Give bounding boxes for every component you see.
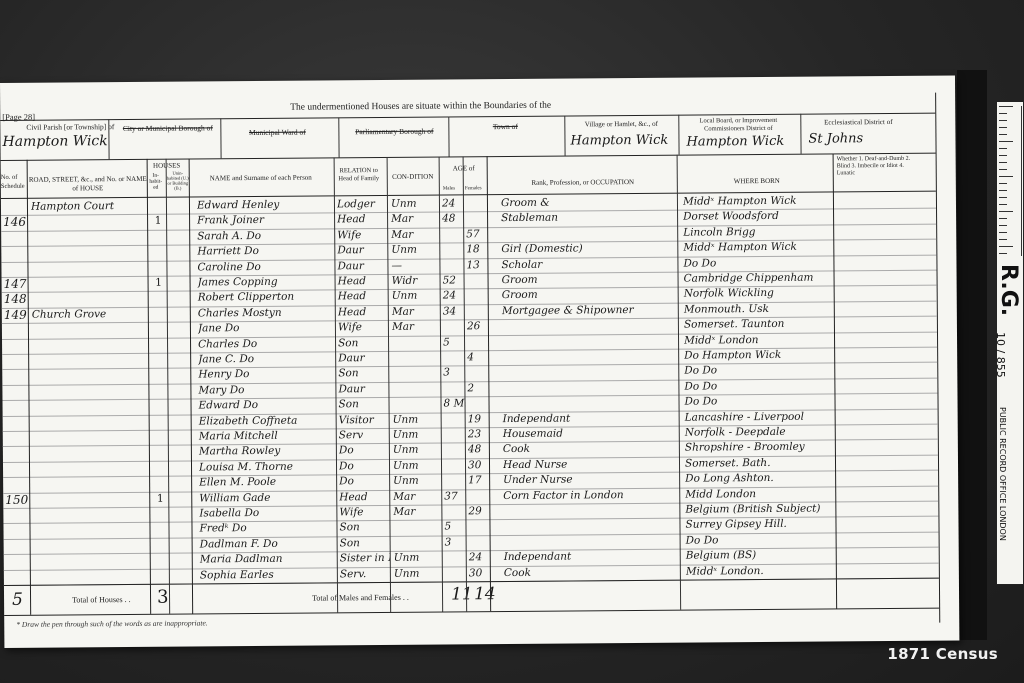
cell-born: Belgium (British Subject) [685,501,837,518]
cell-born: Do Do [684,378,836,395]
cell-road [33,445,148,461]
cell-schedule [5,508,29,524]
col-relation: RELATION to Head of Family [334,167,384,183]
cell-occupation: Independant [504,549,682,566]
col-age-males: Males [443,186,455,191]
cell-age-m [444,458,466,474]
cell-age-f [468,489,490,505]
cell-occupation: Under Nurse [503,472,681,489]
cell-occupation: Housemaid [503,426,681,443]
total-males: 11 [451,584,473,604]
cell-occupation [502,364,680,381]
col-where-born: WHERE BORN [679,176,835,185]
cell-road [33,491,148,507]
caption: 1871 Census [887,645,998,663]
cell-age-f: 18 [466,242,488,258]
cell-occupation [502,379,680,396]
cell-inhabited [153,522,167,538]
cell-schedule: 150 [5,492,29,508]
village-value: Hampton Wick [570,133,668,149]
ruler [999,106,1022,256]
cell-age-m: 34 [443,304,465,320]
cell-age-f: 17 [468,473,490,489]
cell-occupation: Groom [502,272,680,289]
cell-inhabited [151,245,165,261]
card-piece: 10 / 855 [994,332,1007,378]
cell-age-m: 37 [444,489,466,505]
cell-relation: Head [337,212,387,228]
cell-schedule: 147 [4,277,28,293]
cell-name: James Copping [198,274,336,290]
cell-age-m: 3 [445,535,467,551]
col-inhabited: In-habit-ed [147,173,165,191]
cell-schedule [4,400,28,416]
cell-born: Dorset Woodsford [683,209,835,226]
cell-road: Church Grove [32,307,147,323]
boundaries-heading: The undermentioned Houses are situate wi… [290,101,551,113]
cell-age-m: 52 [443,273,465,289]
cell-condition: Unm [394,566,440,582]
cell-relation: Visitor [339,413,389,429]
cell-name: Martha Rowley [199,444,337,460]
cell-born: Middˣ London. [686,563,838,580]
cell-road [32,368,147,384]
cell-schedule: 149 [4,308,28,324]
total-females: 14 [474,584,496,604]
cell-road: Hampton Court [31,199,146,215]
cell-inhabited: 1 [151,214,165,230]
total-schedules: 5 [12,590,23,610]
cell-relation: Do [339,443,389,459]
cell-road [31,230,146,246]
local-board-label: Local Board, or Improvement Commissioner… [680,117,796,134]
cell-condition: Mar [391,227,437,243]
cell-inhabited [151,230,165,246]
cell-age-m [444,504,466,520]
col-road: ROAD, STREET, &c., and No. or NAME of HO… [28,175,148,194]
cell-name: Harriett Do [197,244,335,260]
cell-born: Monmouth. Usk [684,301,836,318]
cell-condition: Unm [393,443,439,459]
cell-occupation [502,395,680,412]
cell-road [34,538,149,554]
cell-born: Do Hampton Wick [684,347,836,364]
cell-name: Isabella Do [199,505,337,521]
cell-relation: Daur [337,259,387,275]
cell-condition: Unm [394,551,440,567]
cell-relation: Son [339,520,389,536]
total-houses-label: Total of Houses . . [72,595,131,604]
cell-age-m: 8 Mo [443,397,465,413]
cell-inhabited [153,460,167,476]
cell-name: Edward Do [198,398,336,414]
cell-inhabited [154,553,168,569]
cell-schedule [5,415,29,431]
cell-age-m [444,427,466,443]
cell-relation: Head [338,305,388,321]
cell-born: Middˣ Hampton Wick [683,240,835,257]
cell-age-m: 3 [443,366,465,382]
cell-born: Somerset. Bath. [685,455,837,472]
page-shadow [957,70,987,640]
cell-age-f [467,304,489,320]
cell-name: Louisa M. Thorne [199,459,337,475]
census-sheet: [Page 28] The undermentioned Houses are … [0,75,959,647]
cell-name: Charles Mostyn [198,305,336,321]
cell-born: Norfolk Wickling [684,286,836,303]
cell-occupation [503,518,681,535]
cell-born: Do Long Ashton. [685,471,837,488]
local-board-value: Hampton Wick [686,134,784,150]
cell-relation: Serv. [340,567,390,583]
col-occupation: Rank, Profession, or OCCUPATION [489,178,677,187]
cell-age-m: 24 [442,196,464,212]
cell-born: Norfolk - Deepdale [685,424,837,441]
cell-name: Edward Henley [197,197,335,213]
cell-name: Sophia Earles [200,567,338,583]
cell-inhabited [152,307,166,323]
borough-label: City or Municipal Borough of [110,124,225,133]
cell-inhabited [151,199,165,215]
cell-age-m [444,443,466,459]
total-houses-value: 3 [157,587,169,608]
cell-born: Middˣ London [684,332,836,349]
cell-born: Somerset. Taunton [684,317,836,334]
cell-age-m [445,566,467,582]
cell-relation: Head [338,274,388,290]
cell-inhabited [153,507,167,523]
cell-born: Belgium (BS) [686,548,838,565]
cell-schedule [3,200,27,216]
cell-born: Lincoln Brigg [683,224,835,241]
cell-age-f [467,335,489,351]
cell-relation: Wife [339,505,389,521]
cell-road [31,260,146,276]
cell-age-f: 23 [468,427,490,443]
cell-occupation [503,503,681,520]
cell-occupation: Stableman [501,210,679,227]
cell-age-f [466,196,488,212]
cell-schedule: 146 [3,215,27,231]
cell-relation: Do [339,474,389,490]
cell-road [32,291,147,307]
cell-road [34,568,149,584]
card-office: PUBLIC RECORD OFFICE LONDON [998,407,1007,541]
cell-born: Do Do [684,394,836,411]
cell-name: Maria Dadlman [200,552,338,568]
ecclesiastical-value: St Johns [808,131,863,146]
cell-condition: Unm [393,428,439,444]
cell-name: Mary Do [198,382,336,398]
cell-name: William Gade [199,490,337,506]
cell-born: Do Do [684,363,836,380]
cell-born: Do Do [686,532,838,549]
cell-condition: Mar [392,320,438,336]
cell-inhabited [154,537,168,553]
cell-occupation: Cook [503,441,681,458]
cell-age-f [467,366,489,382]
col-condition: CON-DITION [389,173,437,182]
cell-relation: Head [339,490,389,506]
cell-relation: Son [338,397,388,413]
cell-inhabited [152,353,166,369]
cell-schedule [4,323,28,339]
cell-inhabited [153,430,167,446]
cell-relation: Head [338,289,388,305]
cell-name: Fredᵏ Do [199,521,337,537]
cell-inhabited [153,445,167,461]
cell-inhabited [154,568,168,584]
cell-age-m [444,474,466,490]
cell-road [33,430,148,446]
cell-born: Surrey Gipsey Hill. [685,517,837,534]
cell-name: Ellen M. Poole [199,475,337,491]
cell-age-f: 30 [469,566,491,582]
cell-schedule [5,462,29,478]
cell-relation: Do [339,459,389,475]
cell-name: Charles Do [198,336,336,352]
cell-relation: Daur [338,351,388,367]
cell-inhabited [152,368,166,384]
cell-occupation [502,318,680,335]
census-rows: Hampton CourtEdward HenleyLodgerUnm24Gro… [0,93,935,100]
cell-name: Frank Joiner [197,213,335,229]
footnote: * Draw the pen through such of the words… [16,618,207,629]
cell-schedule [3,261,27,277]
col-age-females: Females [465,186,482,191]
cell-age-f: 2 [467,381,489,397]
cell-born: Midd London [685,486,837,503]
cell-relation: Daur [337,243,387,259]
cell-age-f: 24 [469,550,491,566]
cell-condition: Unm [391,197,437,213]
ecclesiastical-label: Ecclesiastical District of [802,118,914,127]
cell-name: Elizabeth Coffneta [199,413,337,429]
cell-age-m [442,258,464,274]
cell-condition [392,381,438,397]
cell-relation: Son [338,366,388,382]
cell-road [31,245,146,261]
census-form: [Page 28] The undermentioned Houses are … [0,93,940,630]
cell-condition: — [391,258,437,274]
cell-relation: Serv [339,428,389,444]
cell-inhabited [152,322,166,338]
cell-occupation [501,225,679,242]
cell-age-f [469,535,491,551]
cell-born: Cambridge Chippenham [684,270,836,287]
cell-age-f: 29 [468,504,490,520]
cell-road [33,507,148,523]
cell-name: Sarah A. Do [197,228,335,244]
cell-occupation: Corn Factor in London [503,487,681,504]
cell-age-f: 4 [467,350,489,366]
cell-schedule [6,569,30,585]
cell-relation: Sister in Law [340,551,390,567]
cell-occupation [502,349,680,366]
cell-name: Caroline Do [197,259,335,275]
cell-age-f [467,396,489,412]
cell-road [32,276,147,292]
cell-schedule [4,354,28,370]
cell-schedule [4,338,28,354]
cell-occupation: Head Nurse [503,456,681,473]
cell-condition: Unm [393,412,439,428]
cell-name: Dadlman F. Do [200,536,338,552]
cell-road [31,214,146,230]
cell-schedule [4,369,28,385]
cell-schedule [5,446,29,462]
cell-occupation: Cook [504,564,682,581]
cell-road [34,553,149,569]
cell-age-f: 48 [468,443,490,459]
cell-age-m [442,243,464,259]
cell-age-f: 57 [466,227,488,243]
cell-schedule [3,231,27,247]
cell-age-m [443,350,465,366]
cell-born: Do Do [683,255,835,272]
cell-age-m [445,551,467,567]
cell-road [33,476,148,492]
cell-condition [392,366,438,382]
cell-inhabited [152,399,166,415]
cell-born: Shropshire - Broomley [685,440,837,457]
cell-inhabited [151,260,165,276]
cell-road [33,522,148,538]
cell-age-m: 5 [444,520,466,536]
cell-name: Robert Clipperton [198,290,336,306]
cell-occupation [502,333,680,350]
card-rg-label: R.G. [996,264,1021,316]
col-schedule: No. of Schedule [1,173,25,191]
cell-schedule [4,385,28,401]
cell-road [32,399,147,415]
cell-age-m [444,412,466,428]
cell-condition: Mar [393,489,439,505]
col-infirmity: Whether 1. Deaf-and-Dumb 2. Blind 3. Imb… [837,156,917,178]
cell-name: Jane Do [198,321,336,337]
cell-inhabited: 1 [152,276,166,292]
cell-name: Henry Do [198,367,336,383]
cell-road [32,322,147,338]
cell-condition [392,335,438,351]
cell-inhabited [152,291,166,307]
cell-age-f: 26 [467,319,489,335]
cell-condition: Unm [393,458,439,474]
cell-schedule [6,554,30,570]
cell-schedule [5,477,29,493]
cell-occupation: Groom & [501,195,679,212]
cell-occupation: Independant [503,410,681,427]
cell-inhabited [153,414,167,430]
cell-condition [393,520,439,536]
cell-road [32,337,147,353]
cell-occupation: Mortgagee & Shipowner [502,302,680,319]
cell-age-m [443,381,465,397]
cell-schedule [6,539,30,555]
cell-age-f [467,289,489,305]
cell-name: Jane C. Do [198,351,336,367]
cell-inhabited: 1 [153,491,167,507]
cell-occupation [504,533,682,550]
cell-schedule: 148 [4,292,28,308]
cell-age-m: 48 [442,212,464,228]
cell-condition [392,351,438,367]
cell-age-m: 5 [443,335,465,351]
cell-road [32,353,147,369]
cell-condition [394,535,440,551]
cell-relation: Lodger [337,197,387,213]
cell-schedule [3,246,27,262]
cell-born: Lancashire - Liverpool [685,409,837,426]
cell-condition: Unm [391,243,437,259]
cell-condition: Widr [392,274,438,290]
cell-condition: Mar [392,304,438,320]
cell-relation: Daur [338,382,388,398]
cell-condition [392,397,438,413]
cell-born: Middˣ Hampton Wick [683,193,835,210]
total-persons-label: Total of Males and Females . . [312,593,409,603]
cell-occupation: Groom [502,287,680,304]
cell-condition: Mar [393,505,439,521]
cell-road [33,414,148,430]
cell-age-m [443,320,465,336]
cell-road [32,384,147,400]
cell-condition: Unm [392,289,438,305]
cell-age-f: 19 [468,412,490,428]
cell-age-m [442,227,464,243]
cell-age-f: 13 [466,258,488,274]
cell-age-f: 30 [468,458,490,474]
cell-relation: Son [338,336,388,352]
parliamentary-borough-label: Parliamentary Borough of [340,126,448,136]
cell-age-f [466,212,488,228]
cell-age-m: 24 [443,289,465,305]
village-label: Village or Hamlet, &c., of [566,120,676,129]
cell-occupation: Girl (Domestic) [501,241,679,258]
cell-road [33,461,148,477]
cell-condition: Mar [391,212,437,228]
col-uninhabited: Unin-habited (U.) or Building (B.) [167,171,189,191]
cell-name: Maria Mitchell [199,428,337,444]
civil-parish-value: Hampton Wick [2,133,107,150]
cell-schedule [5,431,29,447]
cell-inhabited [152,383,166,399]
cell-occupation: Scholar [501,256,679,273]
cell-relation: Wife [337,228,387,244]
archive-reference-card: R.G. 10 / 855 PUBLIC RECORD OFFICE LONDO… [996,101,1024,585]
col-name: NAME and Surname of each Person [191,173,331,183]
ward-label: Municipal Ward of [222,127,332,137]
cell-schedule [5,523,29,539]
town-label: Town of [450,122,560,132]
cell-relation: Wife [338,320,388,336]
cell-inhabited [152,337,166,353]
cell-age-f [468,520,490,536]
cell-age-f [467,273,489,289]
cell-inhabited [153,476,167,492]
cell-relation: Son [340,536,390,552]
cell-condition: Unm [393,474,439,490]
